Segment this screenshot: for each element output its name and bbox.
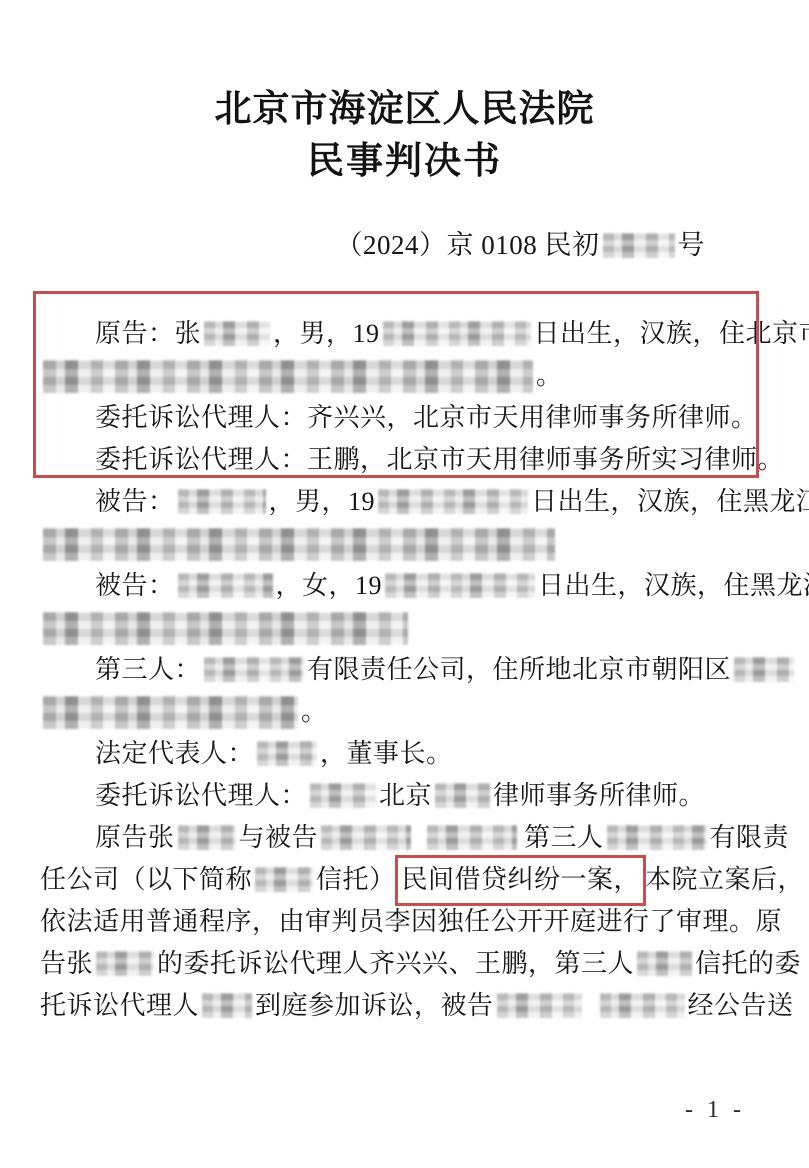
redaction-block bbox=[178, 489, 266, 514]
redaction-block bbox=[255, 867, 313, 892]
text-segment: 到庭参加诉讼，被告 bbox=[255, 991, 494, 1020]
redaction-block bbox=[43, 612, 408, 645]
text-segment: 第三人 bbox=[524, 823, 604, 852]
text-segment: 信托的委 bbox=[695, 949, 801, 978]
body-line: 法定代表人：，董事长。 bbox=[40, 733, 785, 775]
court-title: 北京市海淀区人民法院 bbox=[0, 84, 809, 136]
text-segment: 与被告 bbox=[239, 823, 319, 852]
redaction-block bbox=[435, 783, 490, 808]
redaction-block bbox=[43, 696, 298, 729]
body-line: 被告：，男，19日出生，汉族，住黑龙江 bbox=[40, 481, 785, 523]
page-number: - 1 - bbox=[685, 1097, 745, 1124]
text-segment: ，男，19 bbox=[269, 487, 376, 516]
spacer bbox=[585, 1013, 597, 1014]
text-segment: （2024）京 0108 民初 bbox=[336, 230, 600, 260]
body-line: 委托诉讼代理人：北京律师事务所律师。 bbox=[40, 775, 785, 817]
redaction-block bbox=[497, 993, 582, 1018]
body-line: 告张的委托诉讼代理人齐兴兴、王鹏，第三人信托的委 bbox=[40, 943, 785, 985]
text-segment: 告张 bbox=[40, 949, 93, 978]
text-segment: 号 bbox=[678, 230, 706, 260]
text-segment: 有限责 bbox=[710, 823, 790, 852]
text-segment: 律师事务所律师。 bbox=[493, 781, 705, 810]
redaction-block bbox=[310, 783, 376, 808]
text-segment: 信托） bbox=[316, 865, 396, 894]
text-segment: 。 bbox=[301, 697, 328, 726]
text-segment: 有限责任公司，住所地北京市朝阳区 bbox=[307, 655, 731, 684]
redaction-block bbox=[257, 741, 317, 766]
text-segment: 。 bbox=[536, 361, 563, 390]
body-line: 原告：张，男，19日出生，汉族，住北京市海 bbox=[40, 313, 785, 355]
body-line bbox=[40, 523, 785, 565]
document-type-title: 民事判决书 bbox=[0, 136, 809, 188]
text-segment: 北京 bbox=[379, 781, 432, 810]
text-segment: ，女，19 bbox=[276, 571, 383, 600]
text-segment: 第三人： bbox=[95, 655, 201, 684]
case-number-line: （2024）京 0108 民初号 bbox=[336, 224, 706, 266]
text-segment: 托诉讼代理人 bbox=[40, 991, 199, 1020]
text-segment: 日出生，汉族，住黑龙江 bbox=[531, 487, 809, 516]
text-segment: 被告： bbox=[95, 571, 175, 600]
text-segment: 委托诉讼代理人：王鹏，北京市天用律师事务所实习律师。 bbox=[95, 445, 784, 474]
annotation-box-case-type: 民间借贷纠纷一案， bbox=[395, 855, 647, 906]
body-line: 依法适用普通程序，由审判员李因独任公开开庭进行了审理。原 bbox=[40, 901, 785, 943]
redaction-block bbox=[637, 951, 692, 976]
text-segment: ，董事长。 bbox=[320, 739, 453, 768]
text-segment: 任公司（以下简称 bbox=[40, 865, 252, 894]
text-segment: 日出生，汉族，住北京市海 bbox=[534, 319, 809, 348]
body-line: 委托诉讼代理人：王鹏，北京市天用律师事务所实习律师。 bbox=[40, 439, 785, 481]
document-header: 北京市海淀区人民法院 民事判决书 bbox=[0, 84, 809, 188]
redaction-block bbox=[607, 825, 707, 850]
judgment-body-text: 原告：张，男，19日出生，汉族，住北京市海。委托诉讼代理人：齐兴兴，北京市天用律… bbox=[40, 313, 785, 1027]
redaction-block bbox=[385, 573, 535, 598]
redaction-block bbox=[43, 360, 533, 393]
redaction-block bbox=[43, 528, 555, 561]
body-line bbox=[40, 607, 785, 649]
redaction-block bbox=[321, 825, 411, 850]
text-segment: 的委托诉讼代理人齐兴兴、王鹏，第三人 bbox=[157, 949, 634, 978]
body-line: 被告：，女，19日出生，汉族，住黑龙江 bbox=[40, 565, 785, 607]
text-segment: 原告张 bbox=[95, 823, 175, 852]
spacer bbox=[414, 845, 424, 846]
text-segment: 本院立案后， bbox=[645, 865, 804, 894]
redaction-block bbox=[600, 993, 685, 1018]
redaction-block bbox=[178, 825, 236, 850]
redaction-block bbox=[734, 657, 794, 682]
text-segment: 委托诉讼代理人：齐兴兴，北京市天用律师事务所律师。 bbox=[95, 403, 758, 432]
text-segment: 依法适用普通程序，由审判员李因独任公开开庭进行了审理。原 bbox=[40, 907, 782, 936]
text-segment: 原告：张 bbox=[95, 319, 201, 348]
redaction-block bbox=[178, 573, 273, 598]
text-segment: 被告： bbox=[95, 487, 175, 516]
text-segment: 经公告送 bbox=[688, 991, 794, 1020]
body-line: 托诉讼代理人到庭参加诉讼，被告经公告送 bbox=[40, 985, 785, 1027]
body-line: 第三人：有限责任公司，住所地北京市朝阳区 bbox=[40, 649, 785, 691]
case-number-line-container: （2024）京 0108 民初号 bbox=[336, 224, 706, 266]
redaction-block bbox=[204, 321, 270, 346]
text-segment: 法定代表人： bbox=[95, 739, 254, 768]
redaction-block bbox=[378, 489, 528, 514]
body-line: 委托诉讼代理人：齐兴兴，北京市天用律师事务所律师。 bbox=[40, 397, 785, 439]
redaction-block bbox=[96, 951, 154, 976]
judgment-document-page: 北京市海淀区人民法院 民事判决书 （2024）京 0108 民初号 原告：张，男… bbox=[0, 0, 809, 1168]
text-segment: 委托诉讼代理人： bbox=[95, 781, 307, 810]
body-line: 。 bbox=[40, 355, 785, 397]
body-line: 。 bbox=[40, 691, 785, 733]
body-line: 原告张与被告第三人有限责 bbox=[40, 817, 785, 859]
text-segment: ，男，19 bbox=[273, 319, 380, 348]
text-segment: 日出生，汉族，住黑龙江 bbox=[538, 571, 809, 600]
redaction-block bbox=[202, 993, 252, 1018]
redaction-block bbox=[427, 825, 517, 850]
body-line: 任公司（以下简称信托）民间借贷纠纷一案，本院立案后， bbox=[40, 859, 785, 901]
redaction-block bbox=[383, 321, 531, 346]
redaction-block bbox=[603, 233, 675, 258]
redaction-block bbox=[204, 657, 304, 682]
